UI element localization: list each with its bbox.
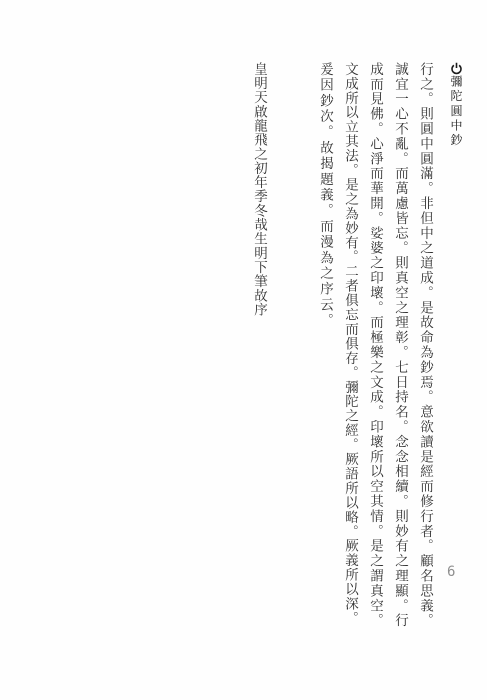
text-column-5: 爰因鈔次。故揭題義。而漫為之序云。 xyxy=(312,62,337,672)
book-title: 彌陀圓中鈔 xyxy=(449,75,463,148)
volume-marker-icon xyxy=(443,62,468,75)
text-column-1: 行之。則圓中圓滿。非但中之道成。是故命為鈔焉。意欲讀是經而修行者。顧名思義。 xyxy=(412,62,437,672)
text-column-2: 誠宜一心不亂。而萬慮皆忘。則真空之理彰。七日持名。念念相續。則妙有之理顯。行 xyxy=(387,62,412,672)
colophon-column: 皇明天啟龍飛之初年季冬哉生明下筆故序 xyxy=(246,62,312,672)
text-column-3: 成而見佛。心淨而華開。娑婆之印壞。而極樂之文成。印壞所以空其情。是之謂真空。 xyxy=(362,62,387,672)
text-column-4: 文成所以立其法。是之為妙有。二者俱忘而俱存。彌陀之經。厥語所以略。厥義所以深。 xyxy=(337,62,362,672)
scanned-page: 彌陀圓中鈔 行之。則圓中圓滿。非但中之道成。是故命為鈔焉。意欲讀是經而修行者。顧… xyxy=(0,0,487,700)
text-block: 彌陀圓中鈔 行之。則圓中圓滿。非但中之道成。是故命為鈔焉。意欲讀是經而修行者。顧… xyxy=(246,62,468,672)
page-number: 6 xyxy=(447,564,455,580)
running-title: 彌陀圓中鈔 xyxy=(441,62,468,672)
